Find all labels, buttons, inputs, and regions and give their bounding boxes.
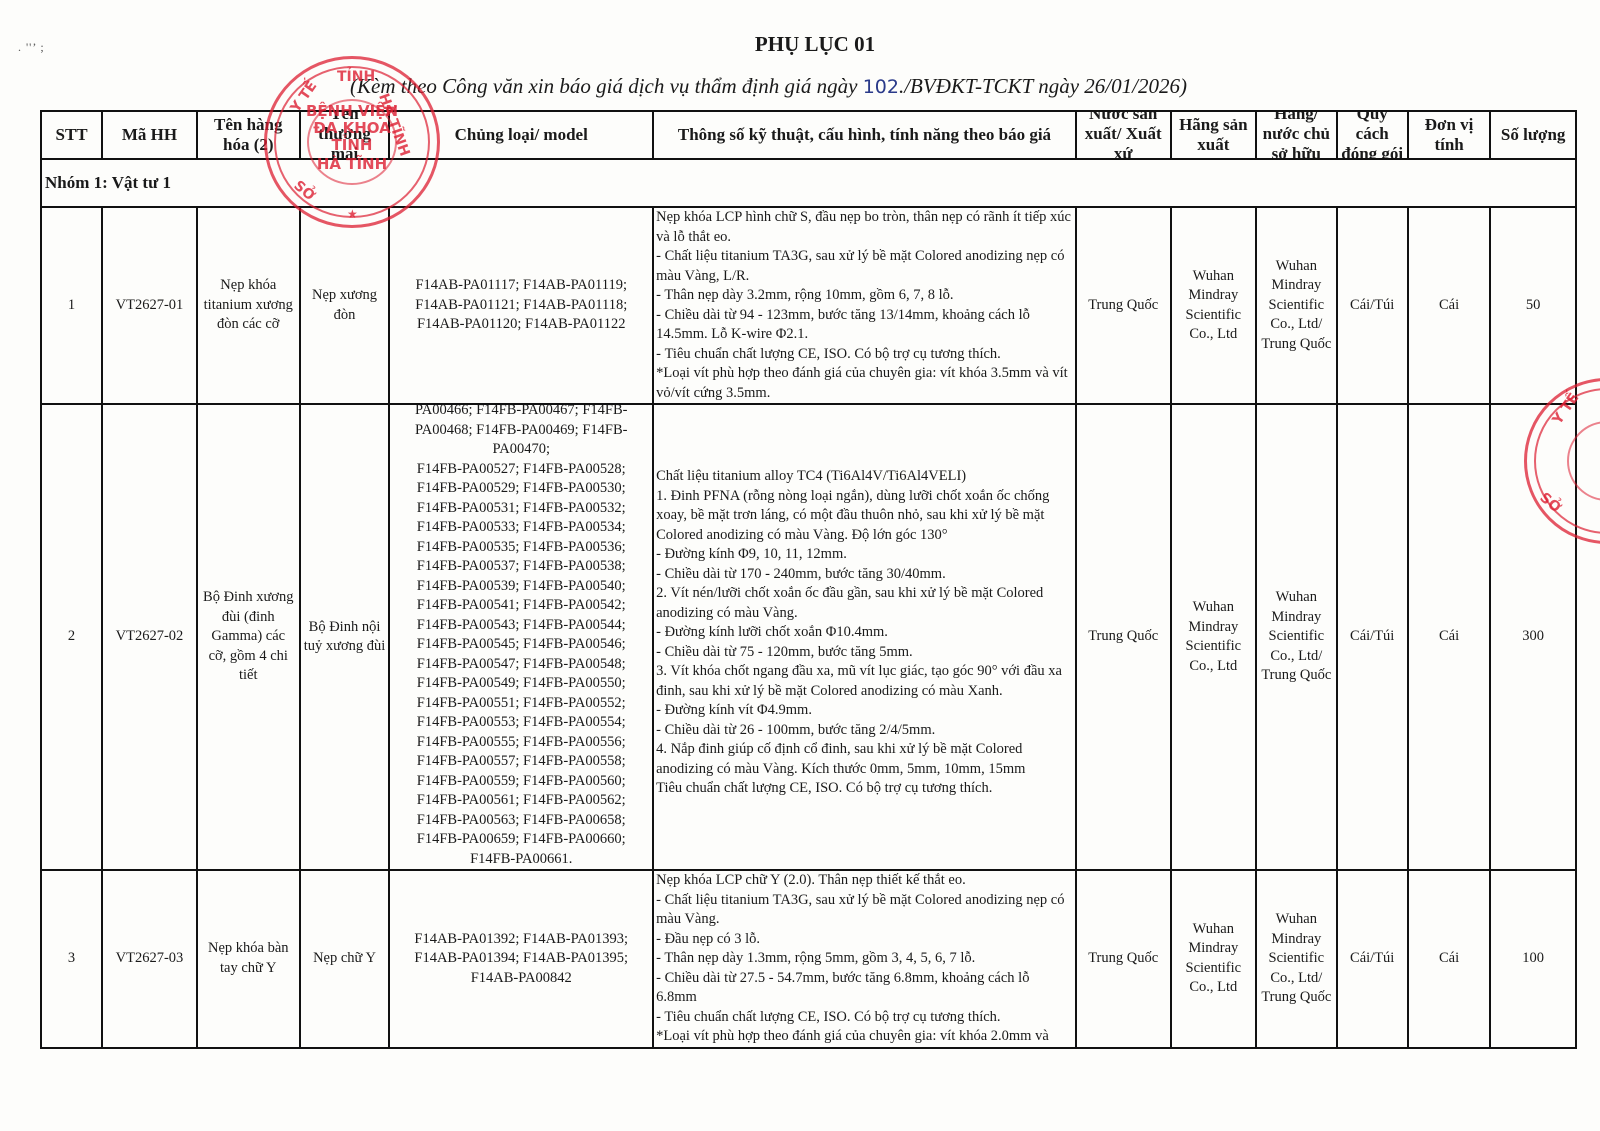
subtitle-suffix: ./BVĐKT-TCKT ngày 26/01/2026) bbox=[899, 74, 1187, 98]
cell-model: PA00466; F14FB-PA00467; F14FB-PA00468; F… bbox=[389, 404, 653, 870]
cell-code: VT2627-02 bbox=[102, 404, 197, 870]
header-qty: Số lượng bbox=[1490, 111, 1576, 159]
cell-name: Nẹp khóa bàn tay chữ Y bbox=[197, 870, 300, 1048]
cell-manufacturer: Wuhan Mindray Scientific Co., Ltd bbox=[1171, 404, 1257, 870]
cell-owner: Wuhan Mindray Scientific Co., Ltd/ Trung… bbox=[1256, 870, 1336, 1048]
table-row: 1 VT2627-01 Nẹp khóa titanium xương đòn … bbox=[41, 207, 1576, 404]
table-row: 2 VT2627-02 Bộ Đinh xương đùi (đinh Gamm… bbox=[41, 404, 1576, 870]
cell-packing: Cái/Túi bbox=[1337, 207, 1408, 404]
group-row: Nhóm 1: Vật tư 1 bbox=[41, 159, 1576, 207]
header-unit: Đơn vị tính bbox=[1408, 111, 1491, 159]
cell-stt: 1 bbox=[41, 207, 102, 404]
cell-origin: Trung Quốc bbox=[1076, 870, 1171, 1048]
header-name: Tên hàng hóa (2) bbox=[197, 111, 300, 159]
document-title: PHỤ LỤC 01 bbox=[0, 32, 1600, 57]
cell-origin: Trung Quốc bbox=[1076, 404, 1171, 870]
cell-unit: Cái bbox=[1408, 404, 1491, 870]
cell-unit: Cái bbox=[1408, 207, 1491, 404]
cell-spec: Chất liệu titanium alloy TC4 (Ti6Al4V/Ti… bbox=[653, 404, 1076, 870]
header-row: STT Mã HH Tên hàng hóa (2) Tên thương mạ… bbox=[41, 111, 1576, 159]
header-code: Mã HH bbox=[102, 111, 197, 159]
header-model: Chủng loại/ model bbox=[389, 111, 653, 159]
cell-spec: Nẹp khóa LCP chữ Y (2.0). Thân nẹp thiết… bbox=[653, 870, 1076, 1048]
header-packing: Quy cách đóng gói bbox=[1337, 111, 1408, 159]
subtitle-prefix: (Kèm theo Công văn xin báo giá dịch vụ t… bbox=[350, 74, 863, 98]
cell-manufacturer: Wuhan Mindray Scientific Co., Ltd bbox=[1171, 870, 1257, 1048]
header-owner: Hãng/ nước chủ sở hữu bbox=[1256, 111, 1336, 159]
table-row: 3 VT2627-03 Nẹp khóa bàn tay chữ Y Nẹp c… bbox=[41, 870, 1576, 1048]
spec-text: Chất liệu titanium alloy TC4 (Ti6Al4V/Ti… bbox=[656, 405, 1073, 799]
header-spec: Thông số kỹ thuật, cấu hình, tính năng t… bbox=[653, 111, 1076, 159]
cell-qty: 50 bbox=[1490, 207, 1576, 404]
cell-owner: Wuhan Mindray Scientific Co., Ltd/ Trung… bbox=[1256, 207, 1336, 404]
cell-packing: Cái/Túi bbox=[1337, 404, 1408, 870]
header-manufacturer: Hãng sản xuất bbox=[1171, 111, 1257, 159]
cell-packing: Cái/Túi bbox=[1337, 870, 1408, 1048]
cell-trade-name: Bộ Đinh nội tuỷ xương đùi bbox=[300, 404, 390, 870]
cell-origin: Trung Quốc bbox=[1076, 207, 1171, 404]
price-quote-table: STT Mã HH Tên hàng hóa (2) Tên thương mạ… bbox=[40, 110, 1577, 1049]
model-list: PA00466; F14FB-PA00467; F14FB-PA00468; F… bbox=[393, 404, 649, 869]
handwritten-number: 102 bbox=[863, 76, 899, 98]
cell-owner: Wuhan Mindray Scientific Co., Ltd/ Trung… bbox=[1256, 404, 1336, 870]
cell-stt: 3 bbox=[41, 870, 102, 1048]
cell-trade-name: Nẹp xương đòn bbox=[300, 207, 390, 404]
cell-model: F14AB-PA01117; F14AB-PA01119; F14AB-PA01… bbox=[389, 207, 653, 404]
header-trade-name: Tên thương mại bbox=[300, 111, 390, 159]
cell-trade-name: Nẹp chữ Y bbox=[300, 870, 390, 1048]
header-stt: STT bbox=[41, 111, 102, 159]
header-origin: Nước sản xuất/ Xuất xứ bbox=[1076, 111, 1171, 159]
cell-code: VT2627-01 bbox=[102, 207, 197, 404]
cell-name: Nẹp khóa titanium xương đòn các cỡ bbox=[197, 207, 300, 404]
cell-unit: Cái bbox=[1408, 870, 1491, 1048]
cell-code: VT2627-03 bbox=[102, 870, 197, 1048]
cell-model: F14AB-PA01392; F14AB-PA01393; F14AB-PA01… bbox=[389, 870, 653, 1048]
document-subtitle: (Kèm theo Công văn xin báo giá dịch vụ t… bbox=[350, 74, 1187, 99]
cell-stt: 2 bbox=[41, 404, 102, 870]
group-label: Nhóm 1: Vật tư 1 bbox=[41, 159, 1576, 207]
cell-name: Bộ Đinh xương đùi (đinh Gamma) các cỡ, g… bbox=[197, 404, 300, 870]
cell-qty: 300 bbox=[1490, 404, 1576, 870]
cell-manufacturer: Wuhan Mindray Scientific Co., Ltd bbox=[1171, 207, 1257, 404]
cell-spec: Nẹp khóa LCP hình chữ S, đầu nẹp bo tròn… bbox=[653, 207, 1076, 404]
cell-qty: 100 bbox=[1490, 870, 1576, 1048]
